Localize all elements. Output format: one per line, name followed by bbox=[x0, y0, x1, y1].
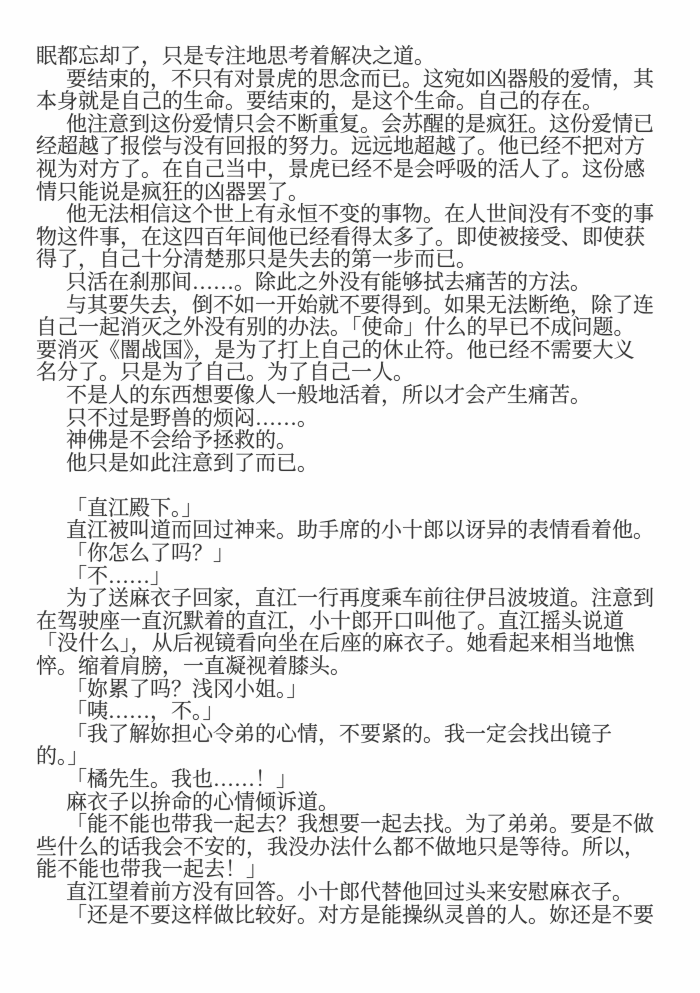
text-line: 「橘先生。我也……！」 bbox=[36, 768, 670, 791]
text-line: 直江望着前方没有回答。小十郎代替他回过头来安慰麻衣子。 bbox=[36, 881, 670, 904]
text-line: 名分了。只是为了自己。为了自己一人。 bbox=[36, 361, 670, 384]
text-line: 「能不能也带我一起去？我想要一起去找。为了弟弟。要是不做 bbox=[36, 813, 670, 836]
text-line: 「我了解妳担心令弟的心情，不要紧的。我一定会找出镜子 bbox=[36, 723, 670, 746]
text-line: 情只能说是疯狂的凶器罢了。 bbox=[36, 181, 670, 204]
text-line: 经超越了报偿与没有回报的努力。远远地超越了。他已经不把对方 bbox=[36, 135, 670, 158]
text-line: 视为对方了。在自己当中，景虎已经不是会呼吸的活人了。这份感 bbox=[36, 158, 670, 181]
text-line: 「不……」 bbox=[36, 565, 670, 588]
text-line: 与其要失去，倒不如一开始就不要得到。如果无法断绝，除了连 bbox=[36, 294, 670, 317]
text-line: 悴。缩着肩膀，一直凝视着膝头。 bbox=[36, 655, 670, 678]
text-line: 要结束的，不只有对景虎的思念而已。这宛如凶器般的爱情，其 bbox=[36, 68, 670, 91]
text-line: 「你怎么了吗？」 bbox=[36, 542, 670, 565]
text-line: 为了送麻衣子回家，直江一行再度乘车前往伊吕波坡道。注意到 bbox=[36, 587, 670, 610]
text-line: 物这件事，在这四百年间他已经看得太多了。即使被接受、即使获 bbox=[36, 226, 670, 249]
text-line: 「直江殿下。」 bbox=[36, 497, 670, 520]
text-line: 得了，自己十分清楚那只是失去的第一步而已。 bbox=[36, 248, 670, 271]
text-line: 不是人的东西想要像人一般地活着，所以才会产生痛苦。 bbox=[36, 384, 670, 407]
text-line: 的。」 bbox=[36, 745, 670, 768]
text-line: 本身就是自己的生命。要结束的，是这个生命。自己的存在。 bbox=[36, 90, 670, 113]
text-line: 「还是不要这样做比较好。对方是能操纵灵兽的人。妳还是不要 bbox=[36, 904, 670, 927]
blank-line bbox=[36, 474, 670, 497]
text-line: 「没什么」，从后视镜看向坐在后座的麻衣子。她看起来相当地憔 bbox=[36, 632, 670, 655]
novel-text-block: 眠都忘却了，只是专注地思考着解决之道。要结束的，不只有对景虎的思念而已。这宛如凶… bbox=[36, 45, 670, 926]
text-line: 只不过是野兽的烦闷……。 bbox=[36, 407, 670, 430]
text-line: 麻衣子以拚命的心情倾诉道。 bbox=[36, 791, 670, 814]
text-line: 「妳累了吗？浅冈小姐。」 bbox=[36, 678, 670, 701]
text-line: 神佛是不会给予拯救的。 bbox=[36, 429, 670, 452]
text-line: 只活在刹那间……。除此之外没有能够拭去痛苦的方法。 bbox=[36, 271, 670, 294]
text-line: 他无法相信这个世上有永恒不变的事物。在人世间没有不变的事 bbox=[36, 203, 670, 226]
text-line: 要消灭《闇战国》，是为了打上自己的休止符。他已经不需要大义 bbox=[36, 339, 670, 362]
text-line: 他注意到这份爱情只会不断重复。会苏醒的是疯狂。这份爱情已 bbox=[36, 113, 670, 136]
text-line: 直江被叫道而回过神来。助手席的小十郎以讶异的表情看着他。 bbox=[36, 519, 670, 542]
text-line: 他只是如此注意到了而已。 bbox=[36, 452, 670, 475]
text-line: 能不能也带我一起去！」 bbox=[36, 858, 670, 881]
text-line: 「咦……，不。」 bbox=[36, 700, 670, 723]
text-line: 些什么的话我会不安的，我没办法什么都不做地只是等待。所以， bbox=[36, 836, 670, 859]
text-line: 自己一起消灭之外没有别的办法。「使命」什么的早已不成问题。 bbox=[36, 316, 670, 339]
text-line: 眠都忘却了，只是专注地思考着解决之道。 bbox=[36, 45, 670, 68]
scanned-novel-page: 眠都忘却了，只是专注地思考着解决之道。要结束的，不只有对景虎的思念而已。这宛如凶… bbox=[0, 0, 700, 993]
text-line: 在驾驶座一直沉默着的直江，小十郎开口叫他了。直江摇头说道 bbox=[36, 610, 670, 633]
